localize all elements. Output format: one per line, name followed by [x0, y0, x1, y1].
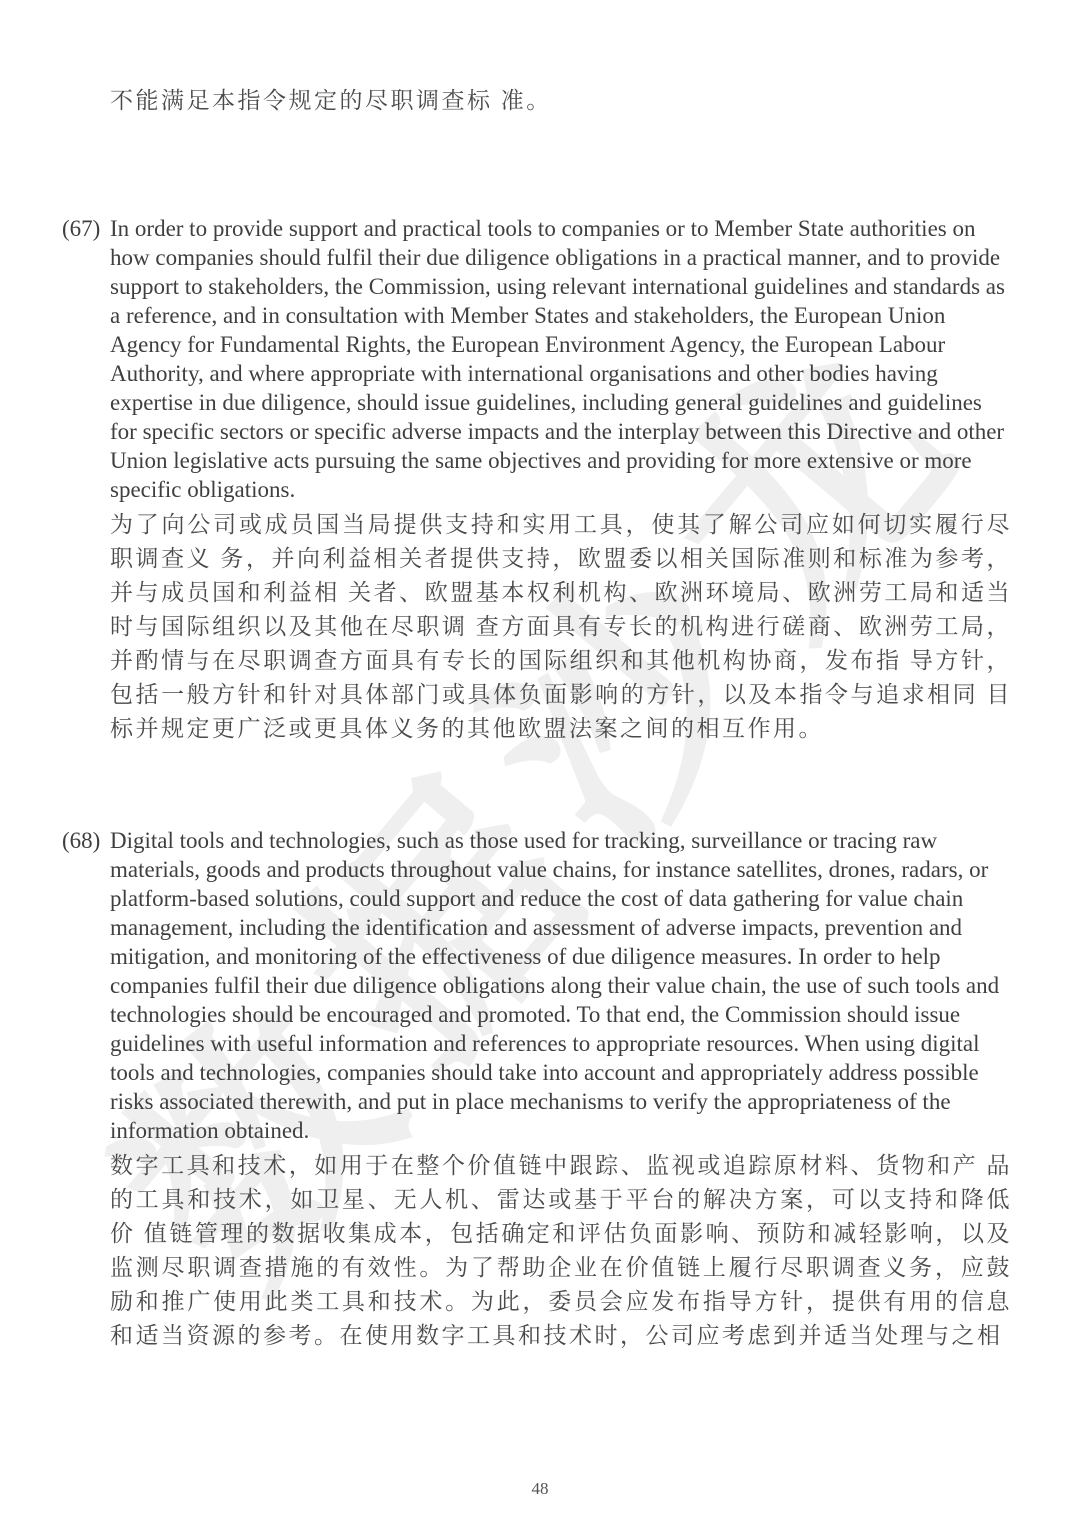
paragraph-67-chinese: 为了向公司或成员国当局提供支持和实用工具，使其了解公司应如何切实履行尽职调查义 …	[110, 508, 1012, 746]
paragraph-68-english: Digital tools and technologies, such as …	[110, 826, 1012, 1145]
paragraph-67-number: (67)	[62, 214, 100, 243]
intro-line-chinese: 不能满足本指令规定的尽职调查标 准。	[110, 86, 1012, 116]
paragraph-67: (67) In order to provide support and pra…	[62, 214, 1012, 746]
document-content: 不能满足本指令规定的尽职调查标 准。 (67) In order to prov…	[62, 0, 1012, 1353]
paragraph-68-number: (68)	[62, 826, 100, 855]
page-number: 48	[0, 1479, 1080, 1499]
paragraph-67-english: In order to provide support and practica…	[110, 214, 1012, 504]
document-page: 数据沙龙 不能满足本指令规定的尽职调查标 准。 (67) In order to…	[0, 0, 1080, 1527]
paragraph-68: (68) Digital tools and technologies, suc…	[62, 826, 1012, 1353]
paragraph-68-chinese: 数字工具和技术，如用于在整个价值链中跟踪、监视或追踪原材料、货物和产 品的工具和…	[110, 1149, 1012, 1353]
